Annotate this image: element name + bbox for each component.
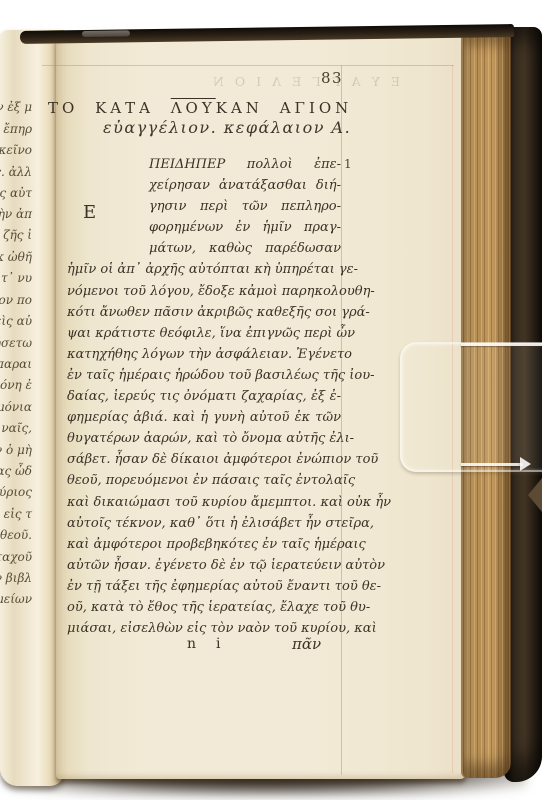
body-line: φορημένων ἐν ἡμῖν πραγ- xyxy=(149,217,341,238)
body-line: δαίας, ἱερεύς τις ὀνόματι ζαχαρίας, ἐξ ἐ… xyxy=(67,386,341,407)
verso-show-through-text: ΕΥΑΓΓΕΛΙΟΝ xyxy=(100,74,400,89)
verso-fragment: τὴν ἀπ xyxy=(0,207,32,221)
red-ruling-horizontal xyxy=(42,65,454,66)
body-text-block: ΠΕΙΔΗΠΕΡ πολλοὶ ἐπε-χείρησαν ἀνατάξασθαι… xyxy=(67,154,341,639)
body-line: σάβετ. ἦσαν δὲ δίκαιοι ἀμφότεροι ἐνώπιον… xyxy=(67,449,341,470)
body-line: καὶ ἀμφότεροι προβεβηκότες ἐν ταῖς ἡμέρα… xyxy=(67,534,341,555)
body-line: ἡμῖν οἱ ἀπ᾽ ἀρχῆς αὐτόπται κὴ ὑπηρέται γ… xyxy=(67,259,341,280)
verso-fragment: ῦ κύριος xyxy=(0,485,32,499)
chapter-title-caps: ΤΟ ΚΑΤΑ ΛΟΥΚΑΝ ΑΓΙΟΝ xyxy=(48,99,348,117)
body-line: νόμενοι τοῦ λόγου, ἔδοξε κἀμοὶ παρηκολου… xyxy=(67,281,341,302)
verso-fragment: ναῖς, xyxy=(0,421,32,435)
body-line: ἐν τῇ τάξει τῆς ἐφημερίας αὐτοῦ ἔναντι τ… xyxy=(67,576,341,597)
chapter-subtitle: εὐαγγέλιον. κεφάλαιον Α. xyxy=(103,118,351,137)
body-line: ψαι κράτιστε θεόφιλε, ἵνα ἐπιγνῶς περὶ ὧ… xyxy=(67,323,341,344)
body-line: οῦ, κατὰ τὸ ἔθος τῆς ἱερατείας, ἔλαχε το… xyxy=(67,597,341,618)
verso-fragment: θη εἰς τ xyxy=(0,507,32,521)
title-part-pre: ΤΟ ΚΑΤΑ xyxy=(48,99,171,117)
book-photograph: σὶν ἐξ μἔπηρκἀκεῖνοοῖς. ἀλλοις αὐττὴν ἀπ… xyxy=(0,0,542,800)
signature-mark-i: i xyxy=(216,636,220,652)
signature-mark-n: n xyxy=(187,636,196,652)
verso-fragment: οῖς. ἀλλ xyxy=(0,165,32,179)
verso-fragment: κἀκεῖνο xyxy=(0,143,32,157)
verso-fragment: ν ὁ μὴ xyxy=(0,443,32,457)
verso-fragment: μόνια xyxy=(0,400,32,414)
body-line: ἐν ταῖς ἡμέραις ἡρώδου τοῦ βασιλέως τῆς … xyxy=(67,365,341,386)
strap-holder-tip xyxy=(528,478,542,512)
verso-fragment: ων βιβλ xyxy=(0,571,32,585)
verso-page-sliver: σὶν ἐξ μἔπηρκἀκεῖνοοῖς. ἀλλοις αὐττὴν ἀπ… xyxy=(0,30,64,786)
strap-bottom-edge-line xyxy=(461,463,523,466)
body-line: καὶ δικαιώμασι τοῦ κυρίου ἄμεμπτοι. καὶ … xyxy=(67,492,341,513)
top-edge-glint xyxy=(82,30,130,37)
verso-fragment: τοῦ θεοῦ. xyxy=(0,528,32,542)
verso-fragment: οις αὐτ xyxy=(0,186,32,200)
verso-fragment: θεὶς αὐ xyxy=(0,314,32,328)
verso-fragment: ας ὧδ xyxy=(0,464,32,478)
verso-fragment: παραι xyxy=(0,357,32,371)
body-line: φημερίας ἀβιά. καὶ ἡ γυνὴ αὐτοῦ ἐκ τῶν xyxy=(67,407,341,428)
verso-fragment: θήσετω xyxy=(0,336,32,350)
transparent-page-strap xyxy=(400,342,542,472)
title-part-post: ΚΑΝ ΑΓΙΟΝ xyxy=(216,99,353,117)
body-line: ΠΕΙΔΗΠΕΡ πολλοὶ ἐπε- xyxy=(149,154,341,175)
verso-fragment: ἔπηρ xyxy=(0,122,32,136)
body-line: χείρησαν ἀνατάξασθαι διή- xyxy=(149,175,341,196)
body-line: θεοῦ, πορευόμενοι ἐν πάσαις ταῖς ἐντολαῖ… xyxy=(67,470,341,491)
verso-fragment: πανταχοῦ xyxy=(0,550,32,564)
verso-fragment: σὶν ἐξ μ xyxy=(0,100,32,114)
marginal-section-number: 1 xyxy=(344,157,352,171)
body-line: γησιν περὶ τῶν πεπληρο- xyxy=(149,196,341,217)
catchword: πᾶν xyxy=(292,635,321,653)
body-line: κότι ἄνωθεν πᾶσιν ἀκριβῶς καθεξῆς σοι γρ… xyxy=(67,302,341,323)
verso-fragment: ἐς τ᾽ νυ xyxy=(0,271,32,285)
verso-fragment: κ ὠθῆ xyxy=(0,250,32,264)
strap-top-edge-line xyxy=(461,343,542,346)
body-line: αὐτῶν ἦσαν. ἐγένετο δὲ ἐν τῷ ἱερατεύειν … xyxy=(67,555,341,576)
strap-end-glint xyxy=(520,457,531,471)
verso-fragment: λιον πο xyxy=(0,293,32,307)
body-line: μάτων, καθὼς παρέδωσαν xyxy=(149,238,341,259)
body-line: αὐτοῖς τέκνον, καθ᾽ ὅτι ἡ ἐλισάβετ ἦν στ… xyxy=(67,513,341,534)
body-line: θυγατέρων ἀαρών, καὶ τὸ ὄνομα αὐτῆς ἐλι- xyxy=(67,428,341,449)
verso-fragment: ε ζῆς ἰ xyxy=(0,228,32,242)
title-part-overlined: ΛΟΥ xyxy=(171,99,216,117)
verso-fragment: ν σημείων xyxy=(0,592,32,606)
page-number: 83 xyxy=(321,69,343,87)
verso-fragment: μόνη ἐ xyxy=(0,378,32,392)
body-line: κατηχήθης λόγων τὴν ἀσφάλειαν. Ἐγένετο xyxy=(67,344,341,365)
red-ruling-vertical-inner xyxy=(341,65,342,775)
